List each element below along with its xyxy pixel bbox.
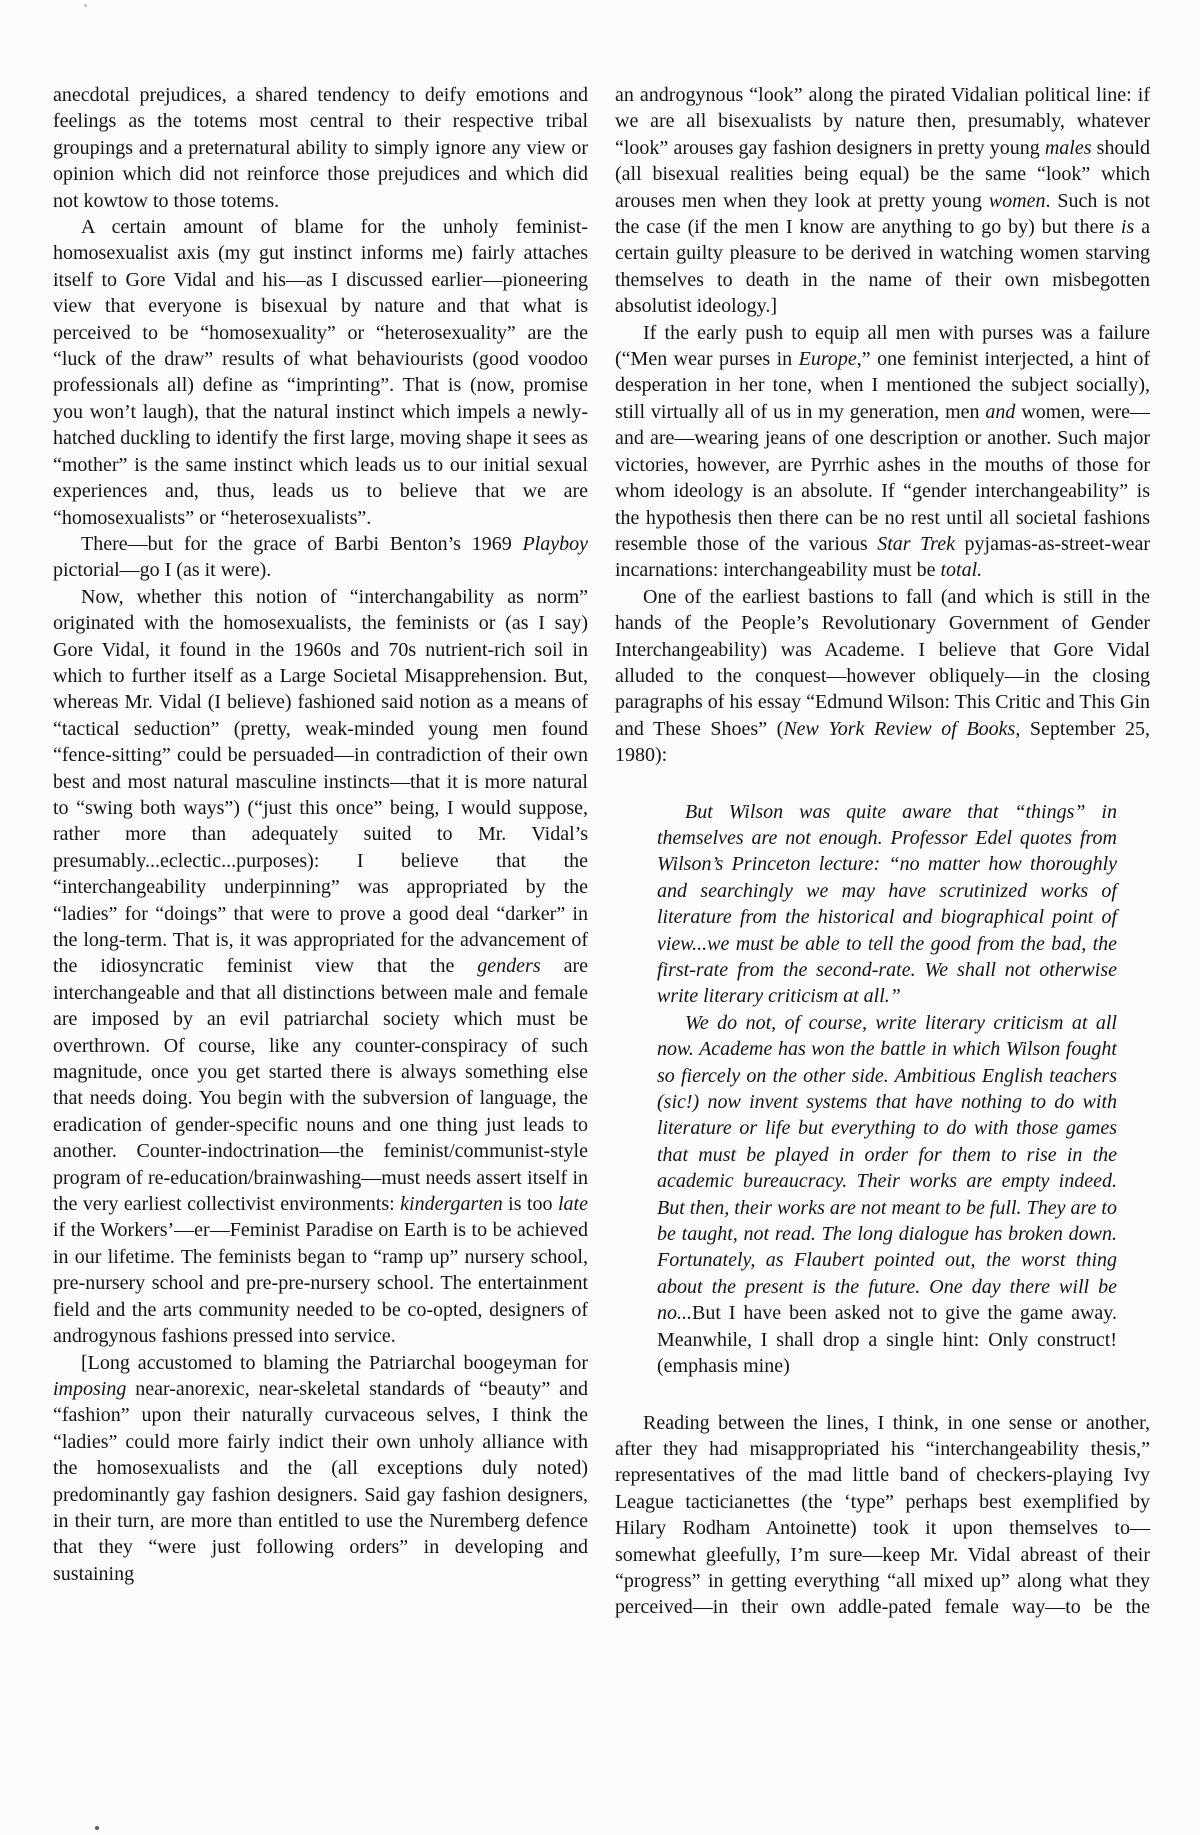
text-run: near-anorexic, near-skeletal standards o… [53, 1378, 588, 1585]
italic-text-run: kindergarten [400, 1193, 503, 1215]
text-run: Reading between the lines, I think, in o… [615, 1412, 1150, 1619]
paragraph: Now, whether this notion of “interchanga… [53, 584, 588, 1350]
scan-speck [84, 4, 87, 7]
right-text-column: an androgynous “look” along the pirated … [615, 82, 1150, 1621]
text-run: pictorial—go I (as it were). [53, 559, 271, 581]
italic-text-run: women [989, 190, 1046, 212]
paragraph: an androgynous “look” along the pirated … [615, 82, 1150, 320]
left-text-column: anecdotal prejudices, a shared tendency … [53, 82, 588, 1621]
italic-text-run: imposing [53, 1378, 126, 1400]
italic-text-run: Europe [799, 348, 857, 370]
text-run: [Long accustomed to blaming the Patriarc… [81, 1352, 588, 1374]
text-run: One of the earliest bastions to fall (an… [615, 586, 1150, 740]
italic-text-run: males [1045, 137, 1092, 159]
italic-text-run: We do not, of course, write literary cri… [657, 1012, 1117, 1324]
paragraph: If the early push to equip all men with … [615, 320, 1150, 584]
paragraph: anecdotal prejudices, a shared tendency … [53, 82, 588, 214]
paragraph: One of the earliest bastions to fall (an… [615, 584, 1150, 769]
paragraph: A certain amount of blame for the unholy… [53, 214, 588, 531]
text-run: if the Workers’—er—Feminist Paradise on … [53, 1219, 588, 1347]
italic-text-run: and [985, 401, 1015, 423]
text-run: are interchangeable and that all distinc… [53, 955, 588, 1215]
paragraph: But Wilson was quite aware that “things”… [657, 799, 1117, 1010]
italic-text-run: genders [477, 955, 540, 977]
italic-text-run: total. [940, 559, 982, 581]
paragraph: [Long accustomed to blaming the Patriarc… [53, 1350, 588, 1588]
scanned-essay-page: anecdotal prejudices, a shared tendency … [0, 0, 1200, 1835]
pull-quote-block: But Wilson was quite aware that “things”… [657, 799, 1117, 1380]
italic-text-run: Playboy [522, 533, 588, 555]
paragraph: We do not, of course, write literary cri… [657, 1010, 1117, 1380]
italic-text-run: is [1121, 216, 1134, 238]
italic-text-run: New York Review of Books [783, 718, 1015, 740]
text-run: women, were—and are—wearing jeans of one… [615, 401, 1150, 555]
two-column-text-block: anecdotal prejudices, a shared tendency … [53, 82, 1150, 1621]
italic-text-run: Star Trek [877, 533, 955, 555]
text-run: A certain amount of blame for the unholy… [53, 216, 588, 528]
text-run: But I have been asked not to give the ga… [657, 1302, 1117, 1377]
text-run: There—but for the grace of Barbi Benton’… [81, 533, 522, 555]
text-run: Now, whether this notion of “interchanga… [53, 586, 588, 978]
italic-text-run: late [558, 1193, 588, 1215]
scan-speck [95, 1826, 99, 1830]
paragraph: Reading between the lines, I think, in o… [615, 1410, 1150, 1621]
paragraph: There—but for the grace of Barbi Benton’… [53, 531, 588, 584]
text-run: anecdotal prejudices, a shared tendency … [53, 84, 588, 212]
text-run: is too [503, 1193, 558, 1215]
italic-text-run: But Wilson was quite aware that “things”… [657, 801, 1117, 1008]
